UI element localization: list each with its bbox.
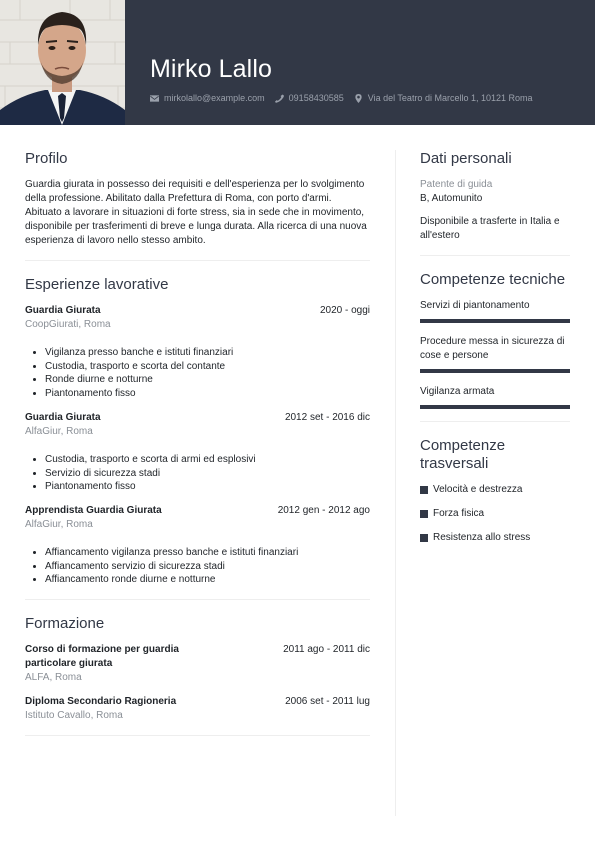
section-divider xyxy=(420,255,570,256)
job-duties: Vigilanza presso banche e istituti finan… xyxy=(25,346,370,401)
section-title-soft-skills: Competenze trasversali xyxy=(420,437,570,473)
section-title-tech-skills: Competenze tecniche xyxy=(420,271,570,289)
skill-level-bar xyxy=(420,319,570,323)
section-divider xyxy=(25,260,370,261)
soft-skill-label: Velocità e destrezza xyxy=(433,483,523,497)
phone-icon xyxy=(275,94,284,103)
school-name: Istituto Cavallo, Roma xyxy=(25,709,370,723)
license-value: B, Automunito xyxy=(420,192,570,206)
soft-skills-section: Competenze trasversali Velocità e destre… xyxy=(420,437,570,545)
candidate-name: Mirko Lallo xyxy=(150,55,272,84)
license-label: Patente di guida xyxy=(420,178,570,192)
experience-entry: Apprendista Guardia Giurata 2012 gen - 2… xyxy=(25,504,370,587)
duty-item: Affiancamento servizio di sicurezza stad… xyxy=(45,560,370,574)
skill-level-fill xyxy=(420,405,570,409)
section-divider xyxy=(25,735,370,736)
job-duties: Affiancamento vigilanza presso banche e … xyxy=(25,546,370,587)
skill-item: Procedure messa in sicurezza di cose e p… xyxy=(420,335,570,373)
job-dates: 2012 set - 2016 dic xyxy=(285,411,370,425)
contact-info: mirkolallo@example.com 09158430585 Via d… xyxy=(150,93,543,103)
job-company: AlfaGiur, Roma xyxy=(25,425,370,439)
job-company: AlfaGiur, Roma xyxy=(25,518,370,532)
phone-text[interactable]: 09158430585 xyxy=(289,93,344,103)
personal-data-section: Dati personali Patente di guida B, Autom… xyxy=(420,150,570,243)
profile-section: Profilo Guardia giurata in possesso dei … xyxy=(25,150,370,248)
skill-name: Vigilanza armata xyxy=(420,385,570,399)
duty-item: Piantonamento fisso xyxy=(45,387,370,401)
section-divider xyxy=(420,421,570,422)
contact-phone: 09158430585 xyxy=(275,93,344,103)
job-title: Guardia Giurata xyxy=(25,411,101,425)
column-divider xyxy=(395,150,396,816)
job-company: CoopGiurati, Roma xyxy=(25,318,370,332)
duty-item: Servizio di sicurezza stadi xyxy=(45,467,370,481)
section-title-experience: Esperienze lavorative xyxy=(25,276,370,294)
portrait-image xyxy=(0,0,125,125)
email-text[interactable]: mirkolallo@example.com xyxy=(164,93,265,103)
duty-item: Piantonamento fisso xyxy=(45,480,370,494)
section-title-education: Formazione xyxy=(25,615,370,633)
tech-skills-section: Competenze tecniche Servizi di piantonam… xyxy=(420,271,570,409)
skill-level-bar xyxy=(420,369,570,373)
square-bullet-icon xyxy=(420,510,428,518)
job-duties: Custodia, trasporto e scorta di armi ed … xyxy=(25,453,370,494)
duty-item: Custodia, trasporto e scorta di armi ed … xyxy=(45,453,370,467)
experience-entry: Guardia Giurata 2020 - oggi CoopGiurati,… xyxy=(25,304,370,401)
degree-title: Diploma Secondario Ragioneria xyxy=(25,695,176,709)
soft-skill-item: Forza fisica xyxy=(420,507,570,521)
job-title: Apprendista Guardia Giurata xyxy=(25,504,162,518)
section-title-profile: Profilo xyxy=(25,150,370,168)
school-name: ALFA, Roma xyxy=(25,671,370,685)
soft-skill-label: Forza fisica xyxy=(433,507,484,521)
skill-level-fill xyxy=(420,319,570,323)
skill-item: Vigilanza armata xyxy=(420,385,570,409)
duty-item: Affiancamento vigilanza presso banche e … xyxy=(45,546,370,560)
education-entry: Diploma Secondario Ragioneria 2006 set -… xyxy=(25,695,370,723)
job-dates: 2012 gen - 2012 ago xyxy=(278,504,370,518)
square-bullet-icon xyxy=(420,486,428,494)
skill-name: Procedure messa in sicurezza di cose e p… xyxy=(420,335,570,363)
contact-address: Via del Teatro di Marcello 1, 10121 Roma xyxy=(354,93,533,103)
job-dates: 2020 - oggi xyxy=(320,304,370,318)
sidebar-column: Dati personali Patente di guida B, Autom… xyxy=(420,150,570,555)
skill-level-fill xyxy=(420,369,570,373)
skill-level-bar xyxy=(420,405,570,409)
education-entry: Corso di formazione per guardia particol… xyxy=(25,643,370,685)
education-section: Formazione Corso di formazione per guard… xyxy=(25,615,370,723)
job-title: Guardia Giurata xyxy=(25,304,101,318)
travel-availability: Disponibile a trasferte in Italia e all'… xyxy=(420,215,570,243)
duty-item: Vigilanza presso banche e istituti finan… xyxy=(45,346,370,360)
profile-summary: Guardia giurata in possesso dei requisit… xyxy=(25,178,370,248)
duty-item: Custodia, trasporto e scorta del contant… xyxy=(45,360,370,374)
experience-entry: Guardia Giurata 2012 set - 2016 dic Alfa… xyxy=(25,411,370,494)
envelope-icon xyxy=(150,94,159,103)
degree-title: Corso di formazione per guardia particol… xyxy=(25,643,225,671)
duty-item: Ronde diurne e notturne xyxy=(45,373,370,387)
contact-email: mirkolallo@example.com xyxy=(150,93,265,103)
skill-item: Servizi di piantonamento xyxy=(420,299,570,323)
map-pin-icon xyxy=(354,94,363,103)
soft-skill-item: Velocità e destrezza xyxy=(420,483,570,497)
duty-item: Affiancamento ronde diurne e notturne xyxy=(45,573,370,587)
soft-skill-label: Resistenza allo stress xyxy=(433,531,530,545)
address-text: Via del Teatro di Marcello 1, 10121 Roma xyxy=(368,93,533,103)
resume-header: Mirko Lallo mirkolallo@example.com 09158… xyxy=(0,0,595,125)
square-bullet-icon xyxy=(420,534,428,542)
section-divider xyxy=(25,599,370,600)
soft-skill-item: Resistenza allo stress xyxy=(420,531,570,545)
education-dates: 2006 set - 2011 lug xyxy=(285,695,370,709)
profile-photo xyxy=(0,0,125,125)
section-title-personal: Dati personali xyxy=(420,150,570,168)
education-dates: 2011 ago - 2011 dic xyxy=(283,643,370,671)
main-column: Profilo Guardia giurata in possesso dei … xyxy=(25,150,370,751)
skill-name: Servizi di piantonamento xyxy=(420,299,570,313)
experience-section: Esperienze lavorative Guardia Giurata 20… xyxy=(25,276,370,587)
